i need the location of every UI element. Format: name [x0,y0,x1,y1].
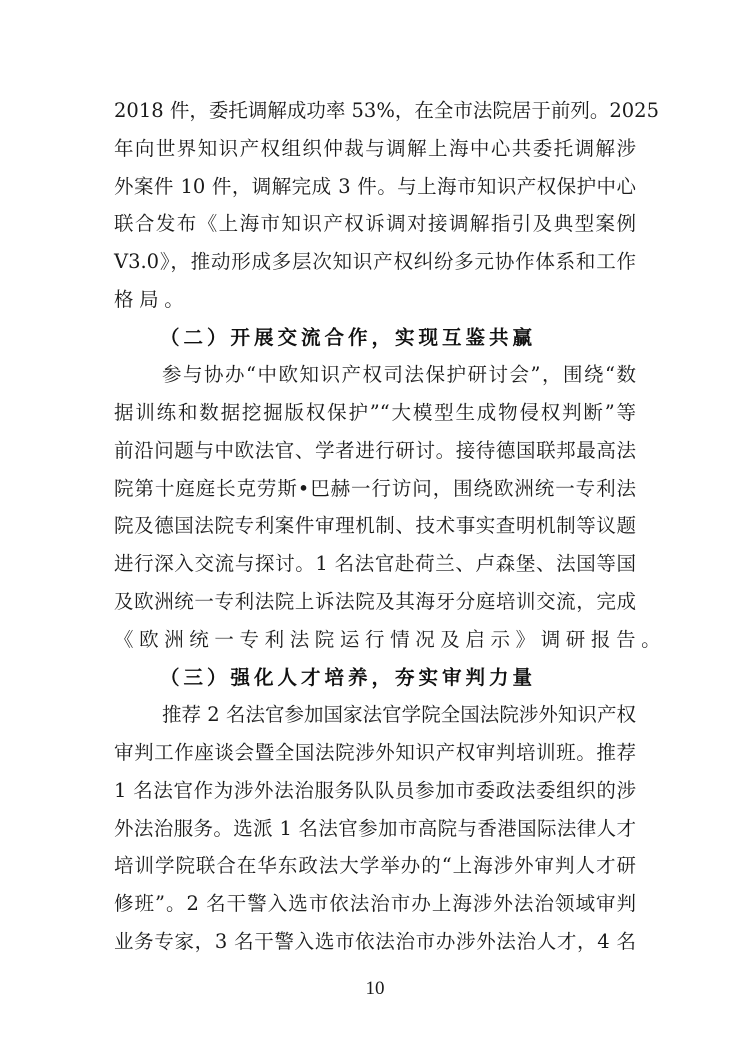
document-page: 2018 件，委托调解成功率 53%，在全市法院居于前列。2025 年向世界知识… [0,0,750,1061]
paragraph-line: 年向世界知识产权组织仲裁与调解上海中心共委托调解涉 [114,134,636,164]
section-heading-3: （三）强化人才培养，夯实审判力量 [160,663,536,693]
paragraph-line: 外案件 10 件，调解完成 3 件。与上海市知识产权保护中心 [114,172,636,202]
paragraph-line: 推荐 2 名法官参加国家法官学院全国法院涉外知识产权 [162,700,636,730]
paragraph-line: 2018 件，委托调解成功率 53%，在全市法院居于前列。2025 [114,96,636,126]
paragraph-line: 培训学院联合在华东政法大学举办的“上海涉外审判人才研 [114,851,636,881]
page-number: 10 [0,978,750,1000]
paragraph-line: 审判工作座谈会暨全国法院涉外知识产权审判培训班。推荐 [114,738,636,768]
paragraph-line: 前沿问题与中欧法官、学者进行研讨。接待德国联邦最高法 [114,436,636,466]
paragraph-line: 联合发布《上海市知识产权诉调对接调解指引及典型案例 [114,209,636,239]
section-heading-2: （二）开展交流合作，实现互鉴共赢 [160,323,536,353]
paragraph-line: 《欧洲统一专利法院运行情况及启示》调研报告。 [114,625,636,655]
paragraph-line: 据训练和数据挖掘版权保护”“大模型生成物侵权判断”等 [114,398,636,428]
paragraph-line: V3.0》，推动形成多层次知识产权纠纷多元协作体系和工作 [114,247,636,277]
paragraph-line: 格局。 [114,285,636,315]
paragraph-line: 院第十庭庭长克劳斯•巴赫一行访问，围绕欧洲统一专利法 [114,474,636,504]
paragraph-line: 院及德国法院专利案件审理机制、技术事实查明机制等议题 [114,511,636,541]
paragraph-line: 进行深入交流与探讨。1 名法官赴荷兰、卢森堡、法国等国 [114,549,636,579]
paragraph-line: 参与协办“中欧知识产权司法保护研讨会”，围绕“数 [162,360,636,390]
paragraph-line: 业务专家，3 名干警入选市依法治市办涉外法治人才，4 名 [114,927,636,957]
paragraph-line: 及欧洲统一专利法院上诉法院及其海牙分庭培训交流，完成 [114,587,636,617]
paragraph-line: 1 名法官作为涉外法治服务队队员参加市委政法委组织的涉 [114,776,636,806]
paragraph-line: 外法治服务。选派 1 名法官参加市高院与香港国际法律人才 [114,814,636,844]
paragraph-line: 修班”。2 名干警入选市依法治市办上海涉外法治领域审判 [114,889,636,919]
